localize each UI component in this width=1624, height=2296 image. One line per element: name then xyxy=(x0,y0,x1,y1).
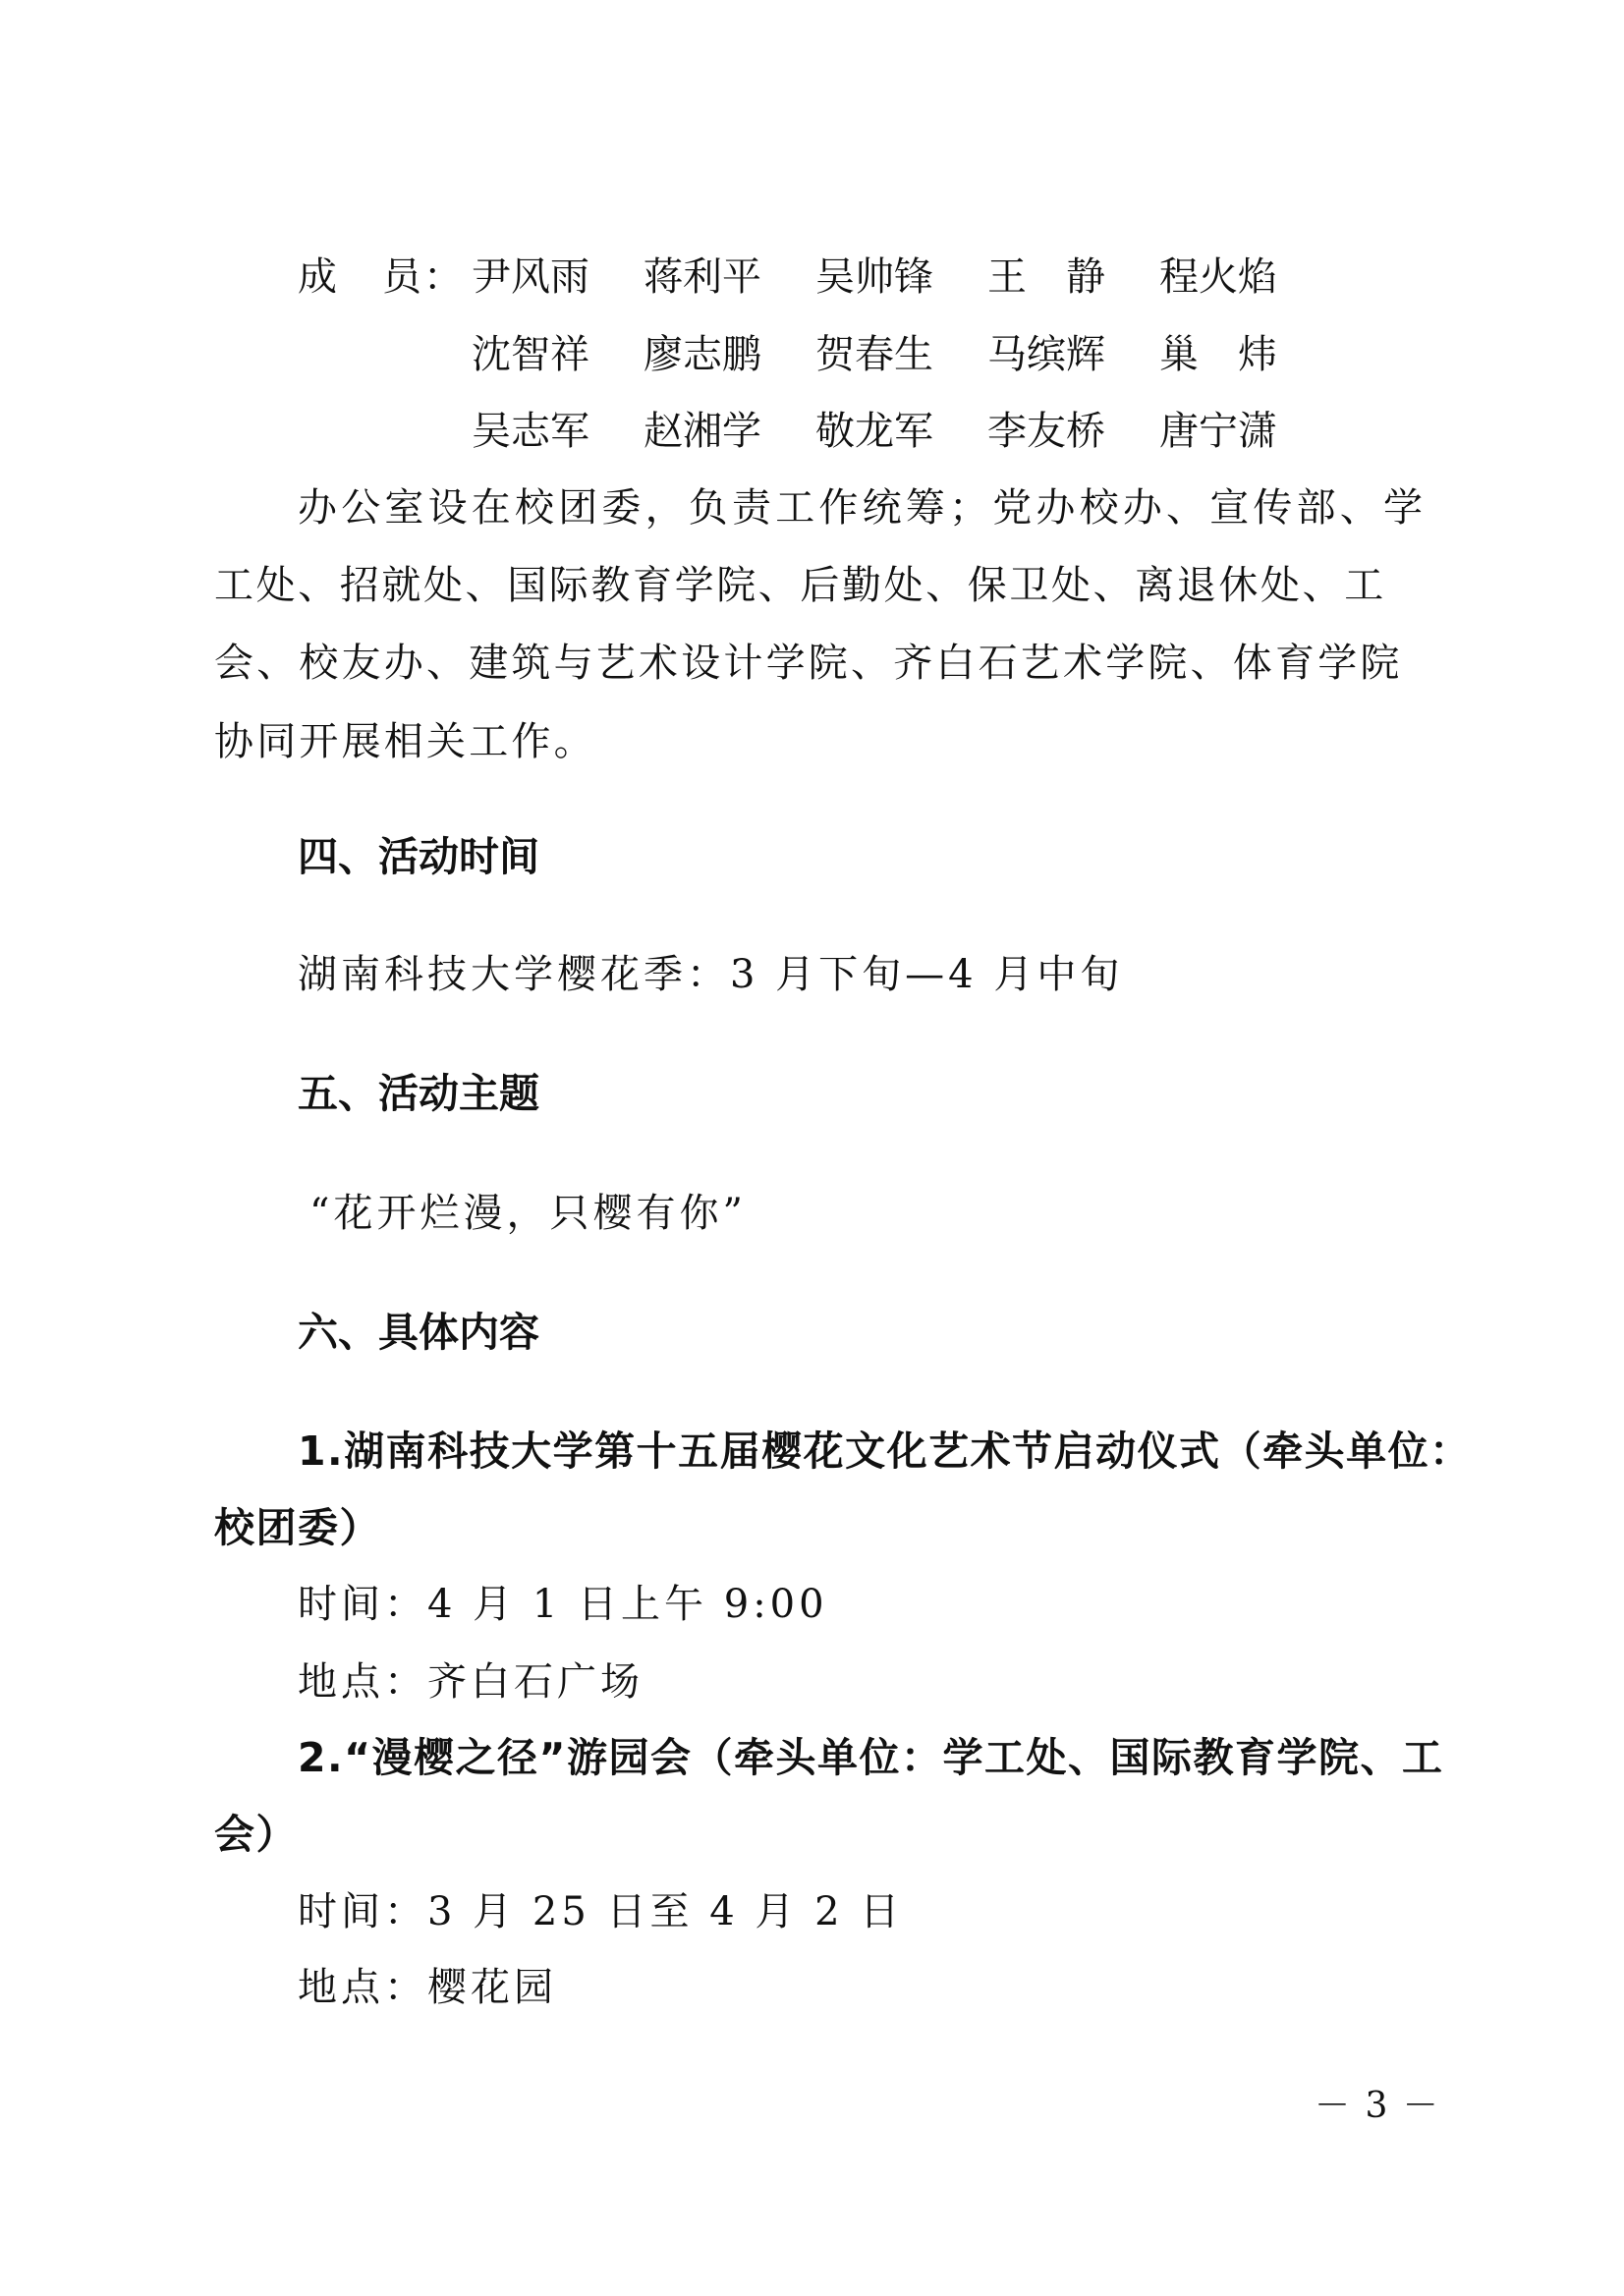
section-body-time: 湖南科技大学樱花季：3 月下旬—4 月中旬 xyxy=(298,953,1123,996)
content-item-2-title-line-2: 会） xyxy=(214,1813,298,1856)
members-label-char-2: 员 xyxy=(382,255,421,299)
member-name: 唐宁潇 xyxy=(1159,410,1288,453)
members-label-colon: ： xyxy=(423,255,463,299)
section-heading-time: 四、活动时间 xyxy=(298,835,539,878)
member-name: 王 静 xyxy=(987,255,1116,299)
member-name: 程火焰 xyxy=(1159,255,1288,299)
content-item-2-place: 地点：樱花园 xyxy=(298,1966,557,2009)
section-body-theme: “花开烂漫，只樱有你” xyxy=(309,1192,747,1235)
member-name: 蒋利平 xyxy=(644,255,772,299)
member-name: 沈智祥 xyxy=(472,333,600,376)
member-name: 赵湘学 xyxy=(644,410,772,453)
member-name: 廖志鹏 xyxy=(644,333,772,376)
member-name: 吴志军 xyxy=(472,410,600,453)
members-label-char-1: 成 xyxy=(298,255,337,299)
member-name: 李友桥 xyxy=(987,410,1116,453)
content-item-2-time: 时间：3 月 25 日至 4 月 2 日 xyxy=(298,1890,903,1933)
office-paragraph-line-3: 会、校友办、建筑与艺术设计学院、齐白石艺术学院、体育学院 xyxy=(214,642,1403,685)
member-name: 马缤辉 xyxy=(987,333,1116,376)
document-page: 成 员 ： 尹风雨 蒋利平 吴帅锋 王 静 程火焰 沈智祥 廖志鹏 贺春生 马缤… xyxy=(0,0,1624,2296)
content-item-1-title-line-2: 校团委） xyxy=(214,1506,381,1549)
office-paragraph-line-2: 工处、招就处、国际教育学院、后勤处、保卫处、离退休处、工 xyxy=(214,564,1386,607)
member-name: 吴帅锋 xyxy=(815,255,944,299)
content-item-1-time: 时间：4 月 1 日上午 9:00 xyxy=(298,1583,828,1626)
content-item-2-title-line-1: 2.“漫樱之径”游园会（牵头单位：学工处、国际教育学院、工 xyxy=(298,1736,1444,1779)
member-name: 尹风雨 xyxy=(472,255,600,299)
member-name: 贺春生 xyxy=(815,333,944,376)
office-paragraph-line-4: 协同开展相关工作。 xyxy=(214,720,596,763)
page-number: － 3 － xyxy=(1315,2087,1440,2126)
office-paragraph-line-1: 办公室设在校团委，负责工作统筹；党办校办、宣传部、学 xyxy=(298,486,1427,530)
section-heading-theme: 五、活动主题 xyxy=(298,1072,539,1115)
member-name: 巢 炜 xyxy=(1159,333,1288,376)
content-item-1-place: 地点：齐白石广场 xyxy=(298,1660,644,1704)
member-name: 敬龙军 xyxy=(815,410,944,453)
content-item-1-title-line-1: 1.湖南科技大学第十五届樱花文化艺术节启动仪式（牵头单位： xyxy=(298,1429,1472,1473)
section-heading-content: 六、具体内容 xyxy=(298,1311,539,1354)
